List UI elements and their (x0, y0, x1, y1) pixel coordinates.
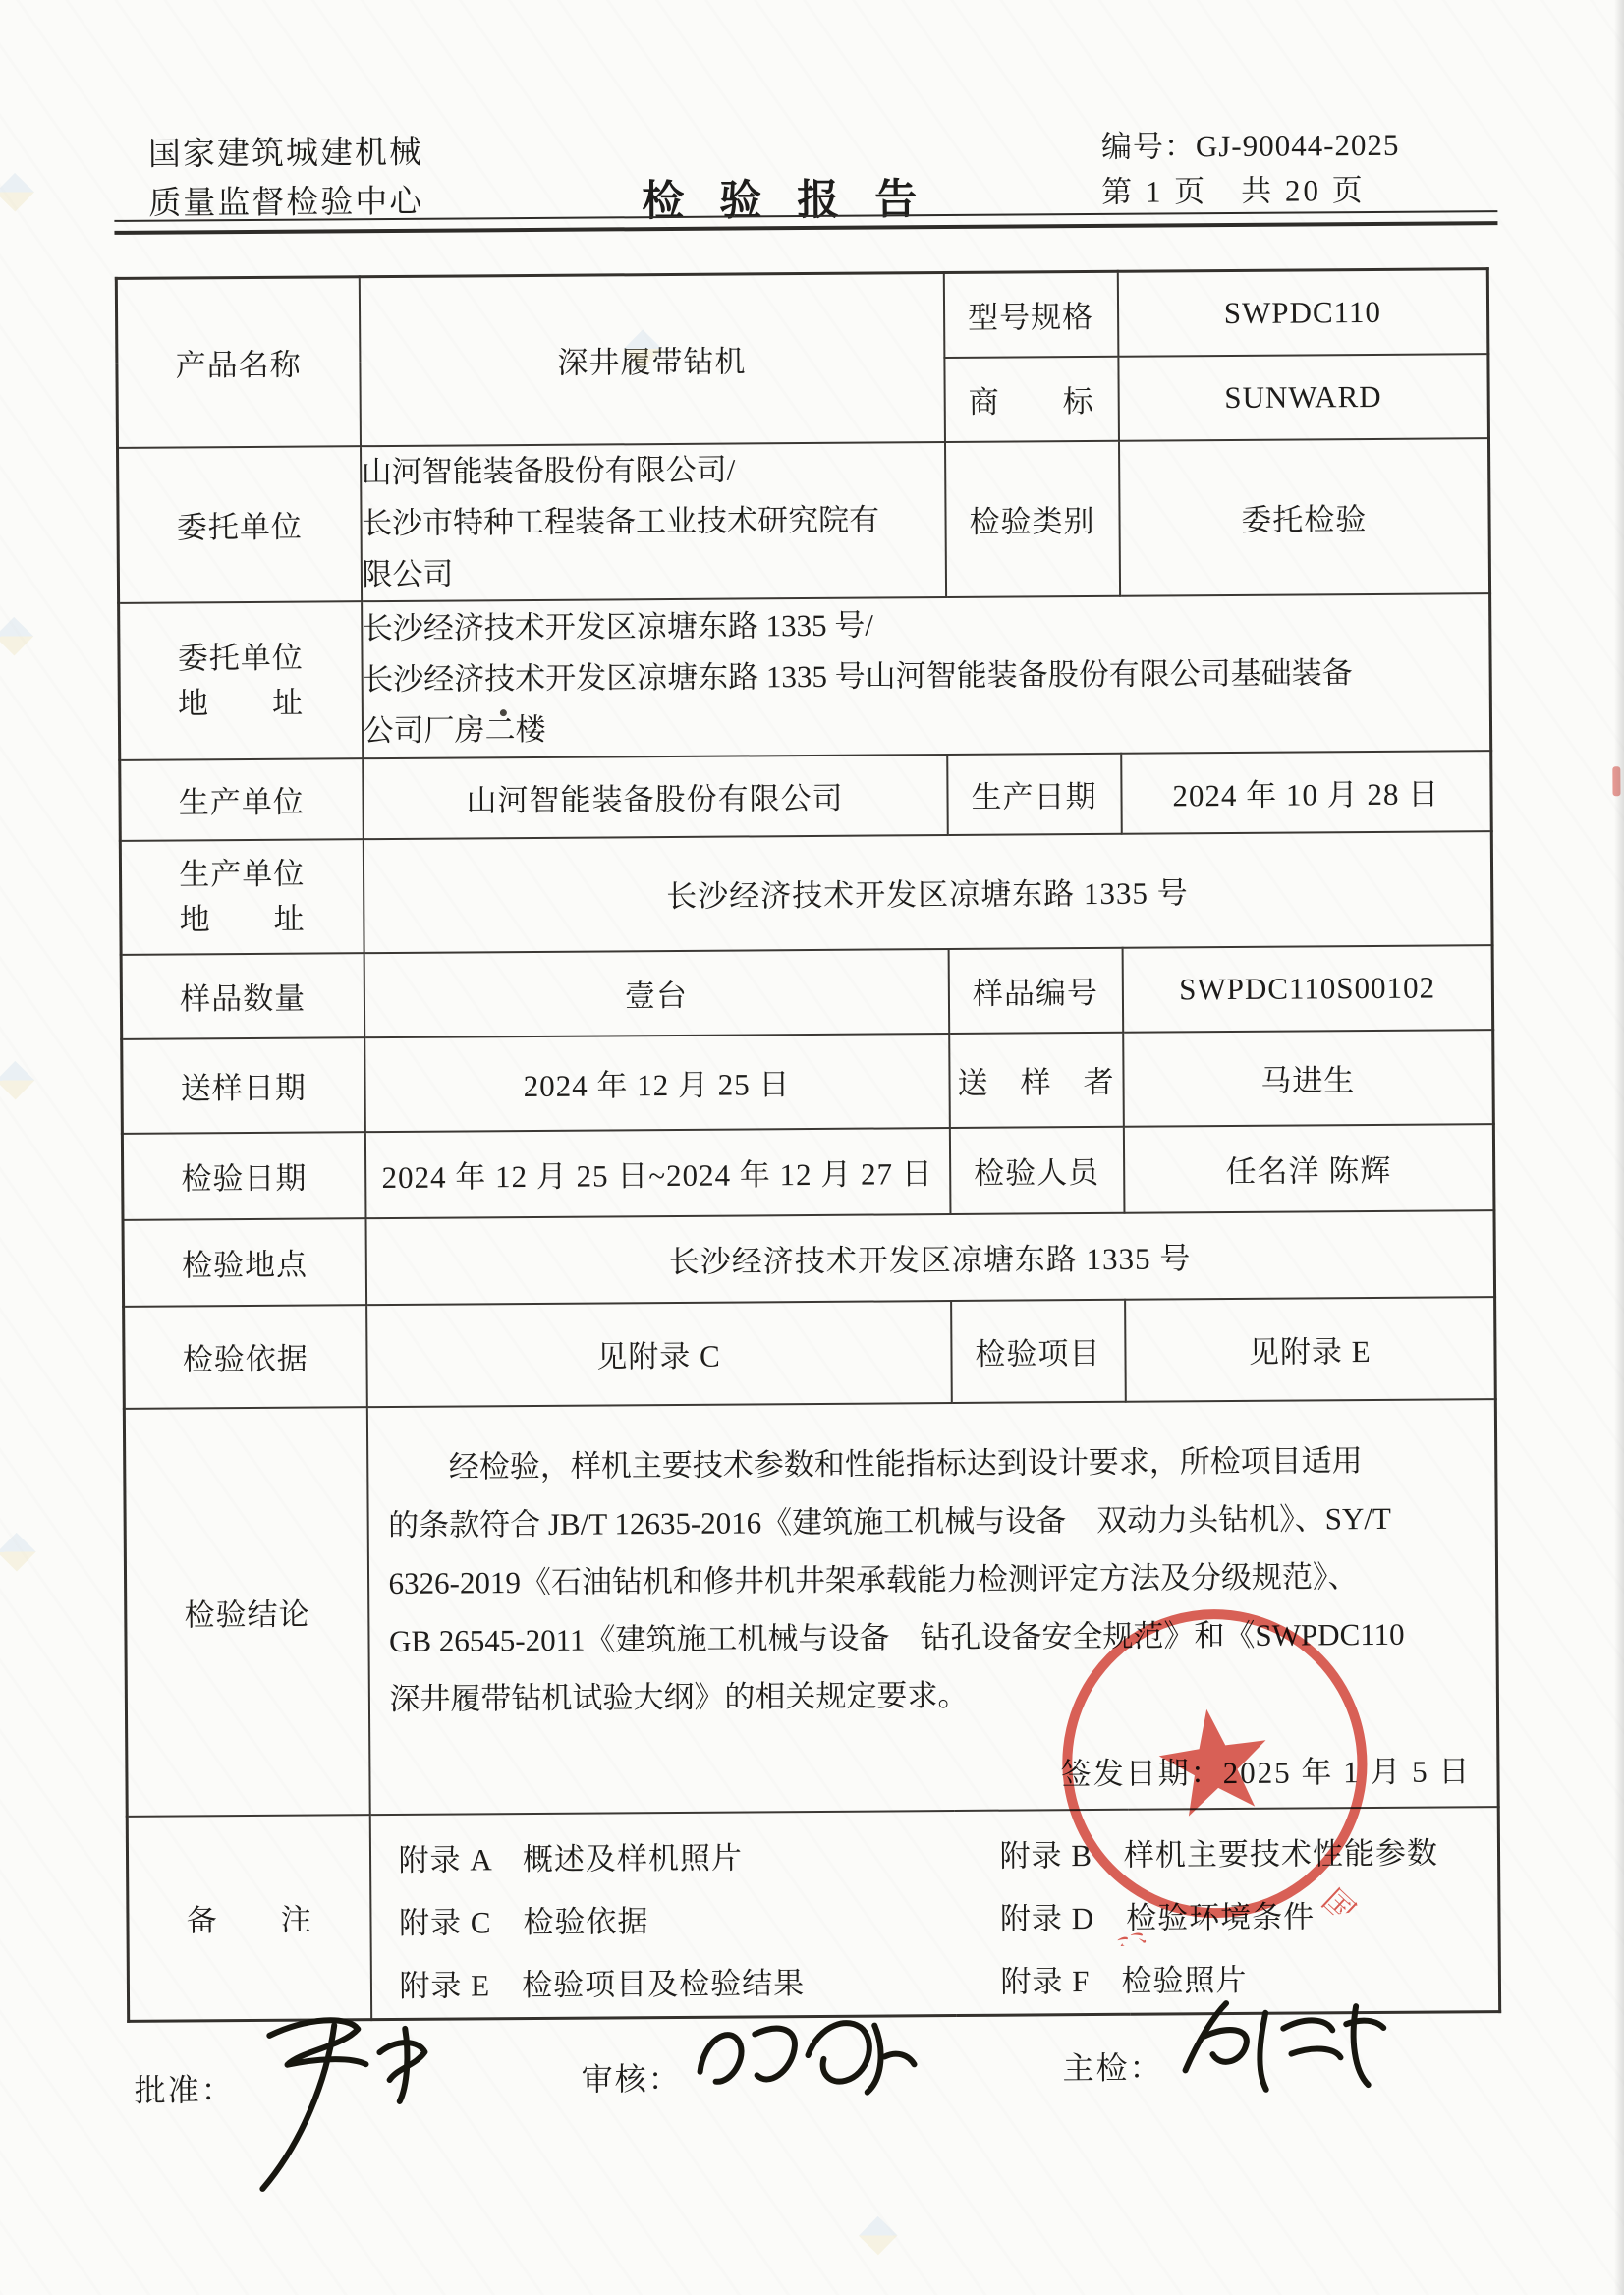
conclusion-label: 检验结论 (124, 1407, 369, 1817)
inspection-date-value: 2024 年 12 月 25 日~2024 年 12 月 27 日 (364, 1128, 950, 1218)
inspection-date-label: 检验日期 (122, 1132, 365, 1220)
page-edge-shadow (1614, 0, 1624, 2295)
watermark-logo-icon (859, 2216, 898, 2256)
inspection-basis-value: 见附录 C (366, 1301, 952, 1407)
conclusion-line: 的条款符合 JB/T 12635-2016《建筑施工机械与设备 双动力头钻机》、… (388, 1488, 1476, 1554)
inspection-items-value: 见附录 E (1125, 1297, 1496, 1402)
sample-no-label: 样品编号 (948, 947, 1123, 1033)
deliverer-value: 马进生 (1123, 1030, 1494, 1127)
appendix-item: 附录 F 检验照片 (1000, 1947, 1498, 2014)
client-value: 山河智能装备股份有限公司/ 长沙市特种工程装备工业技术研究院有 限公司 (361, 442, 946, 601)
inspection-items-label: 检验项目 (951, 1299, 1126, 1402)
watermark-logo-icon (0, 1061, 34, 1100)
remark-cell: 附录 A 概述及样机照片 附录 B 样机主要技术性能参数 附录 C 检验依据 附… (369, 1807, 1499, 2020)
report-number: 编号：GJ-90044-2025 (1101, 120, 1400, 166)
delivery-date-value: 2024 年 12 月 25 日 (364, 1034, 950, 1132)
conclusion-line: 深井履带钻机试验大纲》的相关规定要求。 (389, 1662, 1477, 1728)
inspection-type-value: 委托检验 (1118, 438, 1489, 596)
sample-no-value: SWPDC110S00102 (1122, 945, 1493, 1033)
inspection-basis-label: 检验依据 (124, 1305, 367, 1409)
client-line: 长沙市特种工程装备工业技术研究院有 (362, 494, 944, 549)
issuing-org-line1: 国家建筑城建机械 (148, 129, 423, 180)
client-address-line: 长沙经济技术开发区凉塘东路 1335 号山河智能装备股份有限公司基础装备 (363, 646, 1489, 705)
product-name-label: 产品名称 (116, 277, 360, 448)
inspectors-label: 检验人员 (949, 1126, 1124, 1213)
sample-qty-label: 样品数量 (121, 953, 364, 1039)
report-table: 产品名称 深井履带钻机 型号规格 SWPDC110 商 标 SUNWARD 委托… (115, 267, 1501, 2022)
producer-address-value: 长沙经济技术开发区凉塘东路 1335 号 (363, 831, 1492, 953)
client-address-line: 公司厂房二楼 (363, 698, 1489, 756)
model-value: SWPDC110 (1117, 269, 1488, 357)
sign-date: 签发日期：2025 年 1 月 5 日 (370, 1746, 1497, 1798)
delivery-date-label: 送样日期 (122, 1037, 365, 1134)
deliverer-label: 送 样 者 (949, 1032, 1124, 1127)
producer-value: 山河智能装备股份有限公司 (363, 755, 948, 839)
approve-label: 批准： (135, 2065, 235, 2111)
table-row: 产品名称 深井履带钻机 型号规格 SWPDC110 (116, 269, 1488, 364)
conclusion-line: GB 26545-2011《建筑施工机械与设备 钻孔设备安全规范》和《SWPDC… (389, 1604, 1477, 1670)
inspection-type-label: 检验类别 (944, 440, 1119, 596)
production-date-value: 2024 年 10 月 28 日 (1121, 751, 1492, 834)
inspection-place-label: 检验地点 (123, 1218, 366, 1307)
issuing-org: 国家建筑城建机械 质量监督检验中心 (148, 129, 424, 229)
conclusion-text: 经检验，样机主要技术参数和性能指标达到设计要求，所检项目适用 的条款符合 JB/… (367, 1415, 1496, 1728)
inspection-place-value: 长沙经济技术开发区凉塘东路 1335 号 (365, 1210, 1495, 1305)
producer-label: 生产单位 (120, 758, 364, 841)
appendix-item: 附录 C 检验依据 (399, 1887, 1000, 1954)
remark-label: 备 注 (127, 1815, 370, 2021)
conclusion-line: 经检验，样机主要技术参数和性能指标达到设计要求，所检项目适用 (388, 1430, 1476, 1496)
table-row: 委托单位 山河智能装备股份有限公司/ 长沙市特种工程装备工业技术研究院有 限公司… (118, 438, 1490, 603)
table-row: 检验地点 长沙经济技术开发区凉塘东路 1335 号 (123, 1210, 1495, 1307)
appendix-item: 附录 D 检验环境条件 (1000, 1884, 1498, 1951)
appendix-list: 附录 A 概述及样机照片 附录 B 样机主要技术性能参数 附录 C 检验依据 附… (370, 1808, 1498, 2018)
brand-label: 商 标 (944, 356, 1119, 441)
appendix-item: 附录 A 概述及样机照片 (398, 1824, 999, 1891)
table-row: 生产单位 山河智能装备股份有限公司 生产日期 2024 年 10 月 28 日 (120, 751, 1492, 841)
watermark-logo-icon (0, 1533, 36, 1572)
page-indicator: 第 1 页 共 20 页 (1101, 165, 1366, 211)
client-label: 委托单位 (118, 446, 362, 603)
scanned-report-page: 国家建筑城建机械 质量监督检验中心 检验报告 编号：GJ-90044-2025 … (0, 0, 1624, 2295)
brand-value: SUNWARD (1118, 354, 1489, 441)
client-address-label: 委托单位 地 址 (119, 601, 363, 760)
page-content: 国家建筑城建机械 质量监督检验中心 检验报告 编号：GJ-90044-2025 … (0, 0, 1624, 2295)
producer-address-label: 生产单位 地 址 (120, 839, 364, 955)
production-date-label: 生产日期 (947, 753, 1122, 834)
scan-speck (500, 709, 507, 716)
client-line: 山河智能装备股份有限公司/ (362, 443, 944, 498)
appendix-item: 附录 E 检验项目及检验结果 (399, 1950, 1000, 2017)
table-row: 送样日期 2024 年 12 月 25 日 送 样 者 马进生 (122, 1030, 1494, 1134)
client-line: 限公司 (362, 545, 944, 600)
table-row: 检验日期 2024 年 12 月 25 日~2024 年 12 月 27 日 检… (122, 1124, 1494, 1220)
review-label: 审核： (581, 2054, 681, 2100)
report-table-wrapper: 产品名称 深井履带钻机 型号规格 SWPDC110 商 标 SUNWARD 委托… (115, 267, 1501, 2022)
watermark-logo-icon (0, 617, 33, 656)
conclusion-line: 6326-2019《石油钻机和修井机井架承载能力检测评定方法及分级规范》、 (388, 1546, 1476, 1612)
watermark-logo-icon (0, 173, 34, 212)
client-address-line: 长沙经济技术开发区凉塘东路 1335 号/ (363, 595, 1489, 654)
sample-qty-value: 壹台 (364, 949, 949, 1037)
table-row: 生产单位 地 址 长沙经济技术开发区凉塘东路 1335 号 (120, 831, 1492, 955)
client-address-value: 长沙经济技术开发区凉塘东路 1335 号/ 长沙经济技术开发区凉塘东路 1335… (362, 593, 1491, 758)
approve-signature (232, 1995, 459, 2199)
product-name-value: 深井履带钻机 (359, 273, 944, 446)
table-row: 检验依据 见附录 C 检验项目 见附录 E (124, 1297, 1496, 1409)
table-row: 检验结论 经检验，样机主要技术参数和性能指标达到设计要求，所检项目适用 的条款符… (124, 1399, 1498, 1817)
table-row: 备 注 附录 A 概述及样机照片 附录 B 样机主要技术性能参数 附录 C 检验… (127, 1807, 1499, 2021)
conclusion-cell: 经检验，样机主要技术参数和性能指标达到设计要求，所检项目适用 的条款符合 JB/… (366, 1399, 1498, 1815)
chief-label: 主检： (1062, 2043, 1162, 2090)
inspectors-value: 任名洋 陈辉 (1123, 1124, 1494, 1213)
model-label: 型号规格 (943, 271, 1118, 357)
appendix-item: 附录 B 样机主要技术性能参数 (999, 1821, 1497, 1888)
table-row: 委托单位 地 址 长沙经济技术开发区凉塘东路 1335 号/ 长沙经济技术开发区… (119, 593, 1491, 760)
table-row: 样品数量 壹台 样品编号 SWPDC110S00102 (121, 945, 1493, 1039)
